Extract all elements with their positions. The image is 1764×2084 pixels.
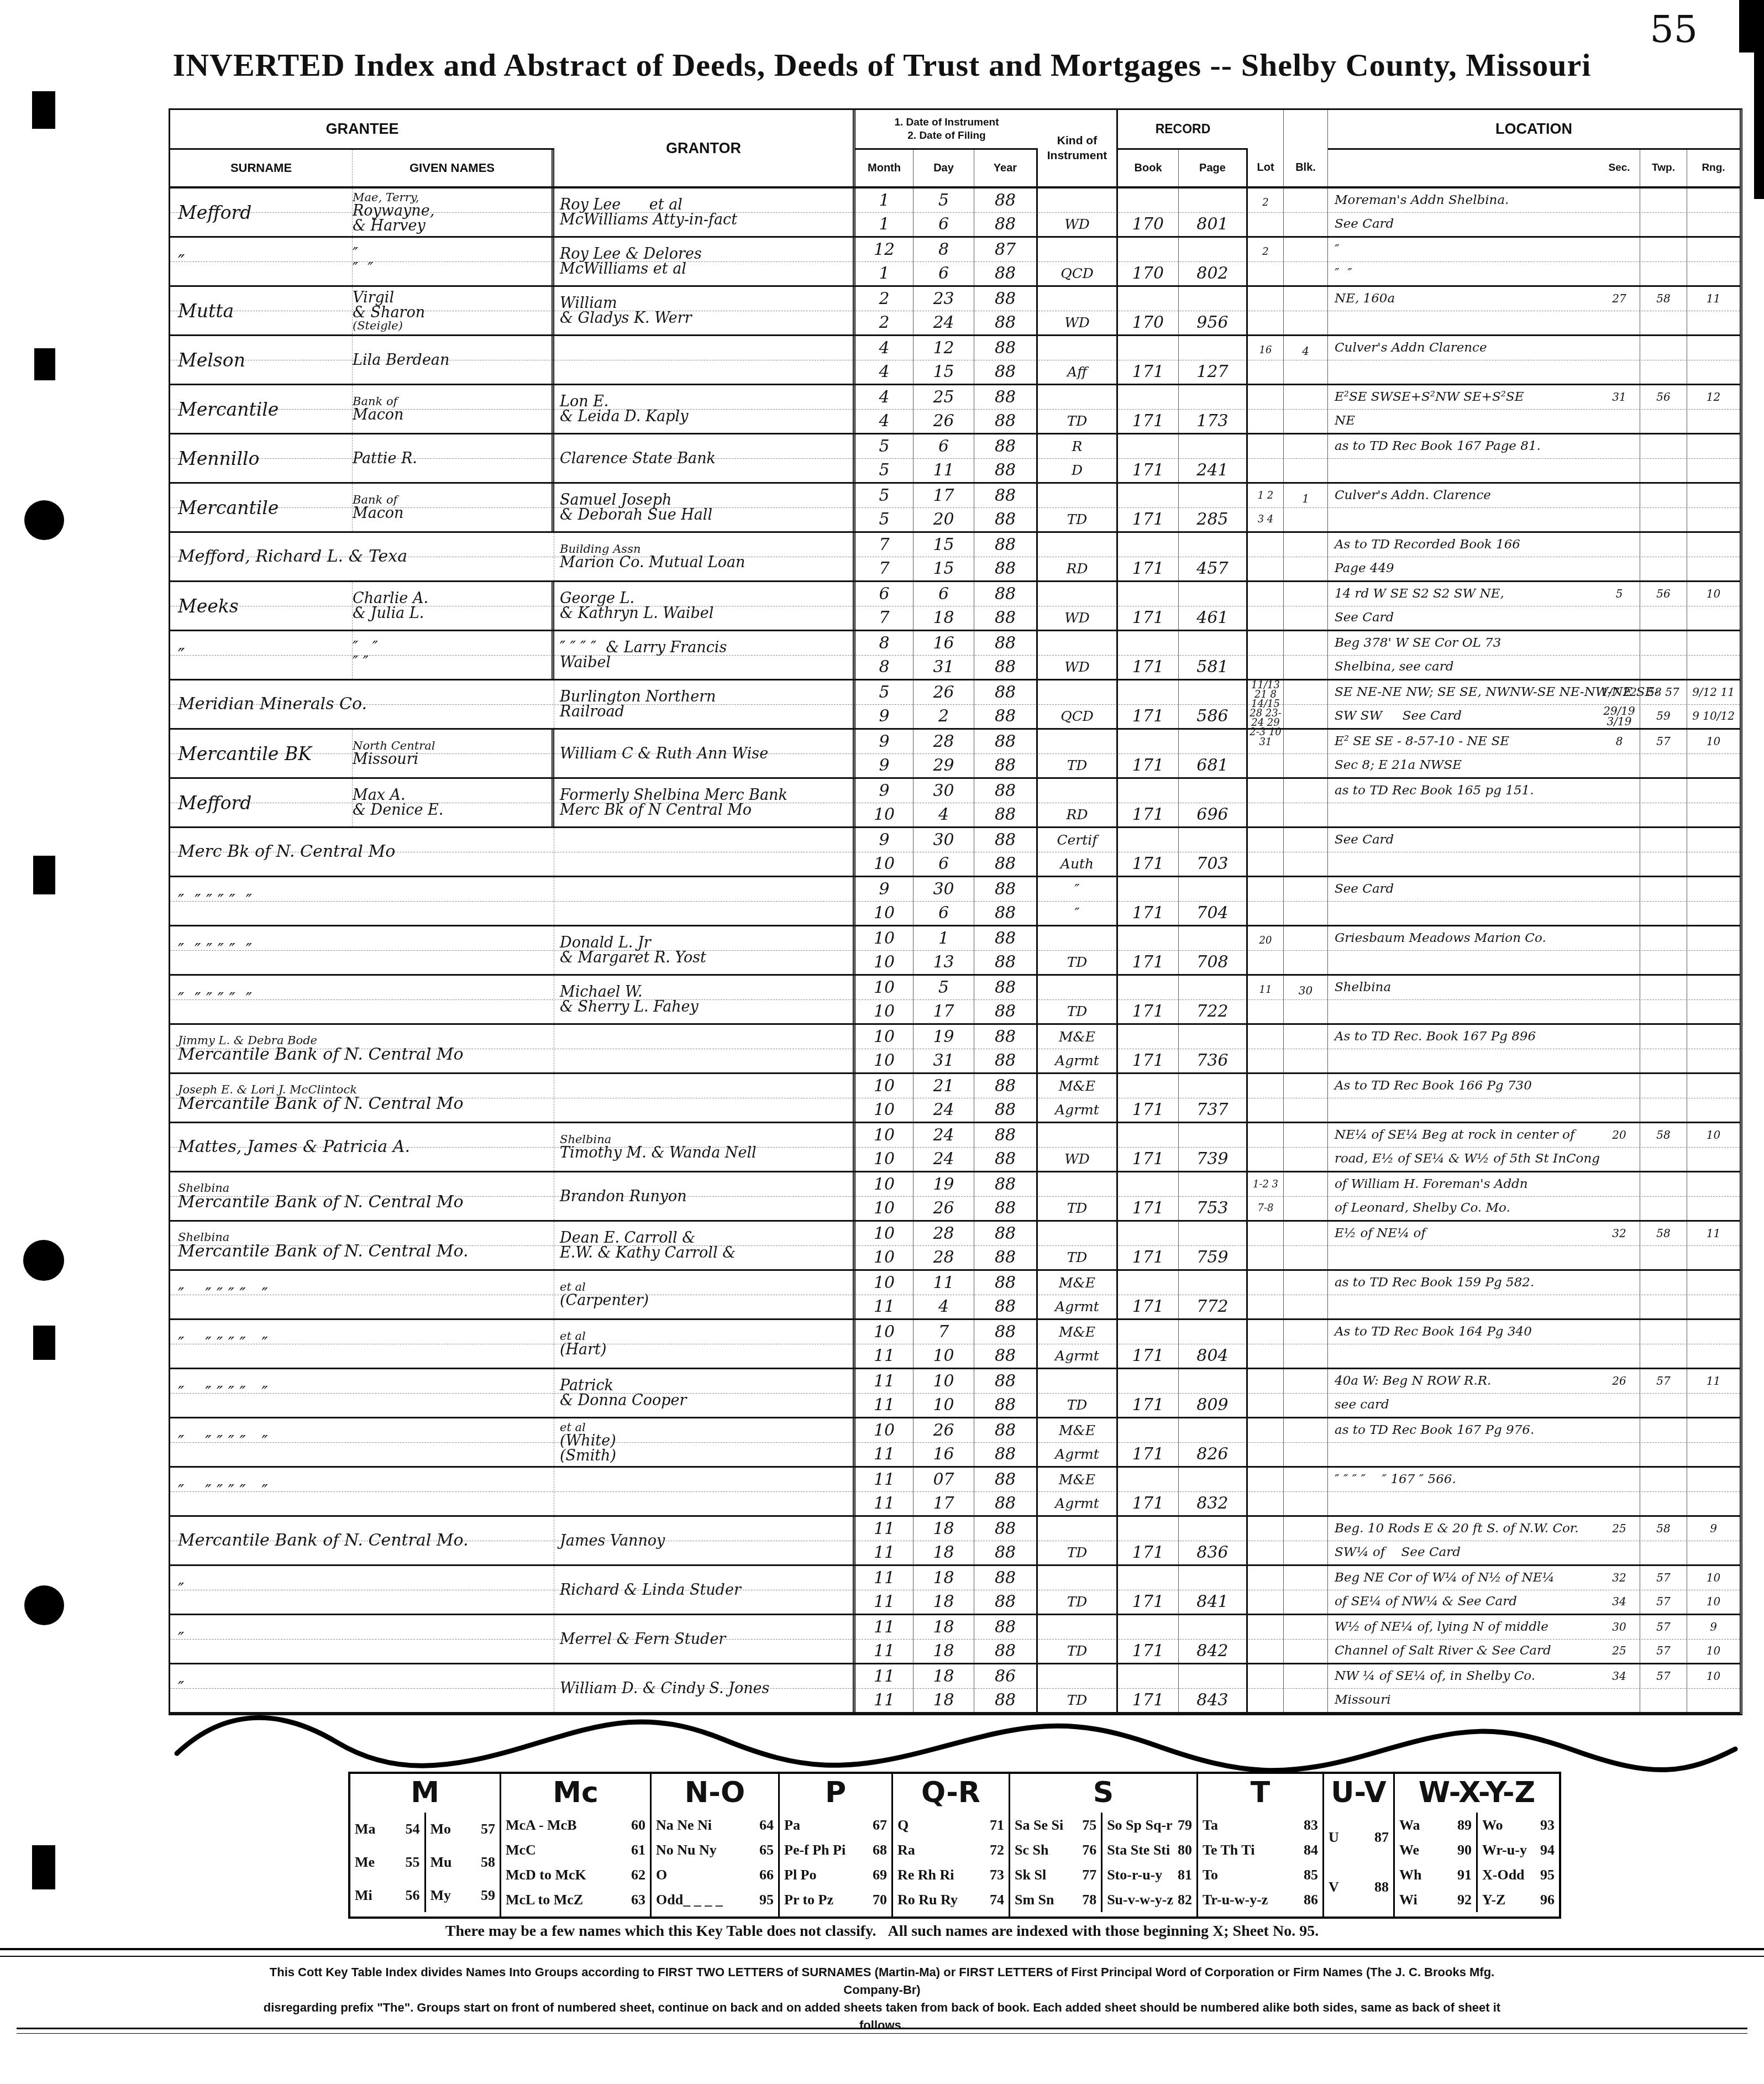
entry-sec2 [1599, 1098, 1640, 1122]
entry-surname-text: Mercantile Bank of N. Central Mo [178, 1194, 554, 1211]
entry-record-book: 171 [1118, 1074, 1179, 1122]
entry-lot-line1: 1-2 3 [1248, 1180, 1283, 1189]
key-group: MMa54Me55Mi56Mo57Mu58My59 [350, 1774, 500, 1917]
entry-instrument-year: 88 [974, 631, 1038, 655]
entry-twp2 [1640, 1688, 1687, 1712]
entry-twp1 [1640, 484, 1687, 507]
entry-kind-line2: Auth [1038, 852, 1116, 876]
entry-sec1 [1599, 877, 1640, 901]
entry-twp2 [1640, 803, 1687, 826]
entry-location-line1: 40a W: Beg N ROW R.R. [1328, 1369, 1599, 1393]
entry-instrument-month: 8 [855, 631, 914, 655]
entry-filing-month: 10 [855, 1245, 914, 1269]
entry-grantor: Michael W. & Sherry L. Fahey [554, 976, 855, 1023]
key-item: X-Odd95 [1482, 1867, 1555, 1883]
entry-filing-month: 10 [855, 901, 914, 925]
entry-filing-year: 88 [974, 1639, 1038, 1663]
entry-grantor: George L. & Kathryn L. Waibel [554, 582, 855, 630]
header-kind-of-instrument: Kind of Instrument [1038, 110, 1118, 186]
entry-kind: QCD [1038, 680, 1118, 728]
entry-kind-line1 [1038, 631, 1116, 655]
entry-blk [1284, 680, 1328, 728]
entry-blk [1284, 1222, 1328, 1269]
entry-location-line2: Channel of Salt River & See Card [1328, 1639, 1599, 1663]
entry-filing-day: 13 [914, 950, 974, 974]
entry-rng1 [1687, 484, 1740, 507]
entry-location-line1: E²SE SWSE+S²NW SE+S²SE [1328, 385, 1599, 409]
entry-filing-year: 88 [974, 753, 1038, 777]
entry-grantor [554, 828, 855, 876]
entry-lot [1248, 1025, 1284, 1072]
key-group-title: M [350, 1774, 500, 1813]
entry-twp1 [1640, 1074, 1687, 1098]
entry-location-line2 [1328, 1491, 1599, 1515]
entry-record-page: 842 [1179, 1615, 1248, 1663]
entry-grantor-line2: Railroad [560, 704, 853, 719]
entry-rng2 [1687, 557, 1740, 580]
entry-kind: RD [1038, 533, 1118, 580]
entry-sec2 [1599, 606, 1640, 630]
entry-filing-day: 24 [914, 1098, 974, 1122]
entry-kind: TD [1038, 1566, 1118, 1614]
key-group-title: N-O [652, 1774, 778, 1813]
key-item: Pr to Pz70 [784, 1892, 887, 1908]
entry-given-note: North Central [353, 740, 552, 752]
header-kind-line2: Instrument [1047, 148, 1107, 163]
entry-twp1: 57 [1640, 1566, 1687, 1590]
entry-surname-text: Meridian Minerals Co. [178, 696, 554, 713]
entry-lot-line1: 11/13 21 8 [1248, 680, 1283, 699]
entry-twp2 [1640, 261, 1687, 285]
entry-sec2 [1599, 1491, 1640, 1515]
entry-kind: TD [1038, 976, 1118, 1023]
entry-kind-line1 [1038, 1172, 1116, 1196]
entry-kind-line2: TD [1038, 999, 1116, 1023]
entry-rng2 [1687, 1295, 1740, 1318]
binder-hole [24, 500, 64, 540]
entry-twp2 [1640, 1541, 1687, 1564]
entry-instrument-year: 88 [974, 1418, 1038, 1442]
entry-twp2: 57 [1640, 1639, 1687, 1663]
entry-rng2 [1687, 458, 1740, 482]
entry-instrument-month: 10 [855, 976, 914, 999]
entry-surname: ″ ″ ″ ″ ″ ″ [170, 877, 554, 925]
entry-instrument-year: 88 [974, 1615, 1038, 1639]
entry-lot [1248, 1664, 1284, 1712]
entry-instrument-year: 88 [974, 1025, 1038, 1049]
entry-blk [1284, 582, 1328, 630]
entry-filing-month: 11 [855, 1393, 914, 1417]
entry-rng2 [1687, 212, 1740, 236]
entry-sec1 [1599, 188, 1640, 212]
entry-record-book: 171 [1118, 1320, 1179, 1368]
key-item: Ma54 [355, 1821, 420, 1837]
entry-instrument-day: 17 [914, 484, 974, 507]
entry-grantor: et al (White) (Smith) [554, 1418, 855, 1466]
entry-kind-line2: Agrmt [1038, 1344, 1116, 1368]
entry-grantor-line1: (Hart) [560, 1342, 853, 1357]
entry-kind-line2: WD [1038, 1147, 1116, 1171]
entry-kind-line2: ″ [1038, 901, 1116, 925]
entry-twp2 [1640, 950, 1687, 974]
entry-grantor: Brandon Runyon [554, 1172, 855, 1220]
entry-surname: Mutta [170, 287, 353, 334]
entry-kind: TD [1038, 1517, 1118, 1564]
entry-twp1 [1640, 877, 1687, 901]
entry-kind: M&E Agrmt [1038, 1271, 1118, 1318]
header-dates: 1. Date of Instrument 2. Date of Filing [855, 110, 1038, 150]
entry-surname-text: Mennillo [178, 449, 352, 468]
key-item: So Sp Sq-r79 [1107, 1817, 1192, 1834]
entry-record-book: 171 [1118, 877, 1179, 925]
entry-kind: TD [1038, 1615, 1118, 1663]
entry-sec2 [1599, 507, 1640, 531]
entry-filing-month: 10 [855, 1049, 914, 1072]
entry-kind-line1: M&E [1038, 1320, 1116, 1344]
key-item: No Nu Ny65 [656, 1842, 774, 1858]
entry-instrument-year: 88 [974, 188, 1038, 212]
entry-kind: Certif Auth [1038, 828, 1118, 876]
entry-sec1: 32 [1599, 1222, 1640, 1245]
entry-given-line1: Roywayne, [353, 203, 552, 218]
binder-mark [32, 1845, 55, 1889]
entry-filing-month: 8 [855, 655, 914, 679]
key-item: McC61 [506, 1842, 645, 1858]
entry-surname: ″ [170, 1664, 554, 1712]
entry-filing-month: 5 [855, 458, 914, 482]
entry-rng1 [1687, 1271, 1740, 1295]
header-location: LOCATION [1328, 110, 1740, 150]
entry-rng1 [1687, 779, 1740, 803]
entry-lot-line2: 7-8 [1248, 1203, 1283, 1213]
entry-filing-year: 88 [974, 1541, 1038, 1564]
entry-sec1 [1599, 533, 1640, 557]
entry-lot-line1: 1 2 [1248, 491, 1283, 500]
entry-instrument-month: 9 [855, 730, 914, 753]
entry-blk [1284, 1566, 1328, 1614]
entry-surname-text: ″ [178, 1631, 554, 1647]
entry-instrument-day: 6 [914, 582, 974, 606]
entry-location-line2: road, E½ of SE¼ & W½ of 5th St InCong [1328, 1147, 1599, 1171]
entry-location-line1: as to TD Rec Book 167 Page 81. [1328, 434, 1599, 458]
entry-twp1: 58 [1640, 1123, 1687, 1147]
entry-given-line1: Missouri [353, 752, 552, 767]
key-item: Ra72 [897, 1842, 1004, 1858]
entry-sec2 [1599, 360, 1640, 384]
entry-twp2: 57 [1640, 1590, 1687, 1614]
entry-sec2 [1599, 999, 1640, 1023]
entry-lot [1248, 779, 1284, 826]
entry-kind-line1 [1038, 926, 1116, 950]
entry-surname-text: Mercantile [178, 400, 352, 418]
ledger-entry: Mercantile BK North Central Missouri Wil… [170, 730, 1740, 779]
header-blk: Blk. [1284, 110, 1328, 186]
entry-rng1 [1687, 976, 1740, 999]
entry-instrument-day: 8 [914, 238, 974, 261]
entry-location-line1: as to TD Rec Book 167 Pg 976. [1328, 1418, 1599, 1442]
ledger-entry: Mefford, Richard L. & Texa Building Assn… [170, 533, 1740, 582]
entry-sec1 [1599, 631, 1640, 655]
entry-filing-month: 4 [855, 360, 914, 384]
entry-rng2 [1687, 360, 1740, 384]
entry-kind-line1 [1038, 779, 1116, 803]
scanned-ledger-page: 55 INVERTED Index and Abstract of Deeds,… [0, 0, 1764, 2084]
entry-grantor: William C & Ruth Ann Wise [554, 730, 855, 777]
entry-twp2 [1640, 1393, 1687, 1417]
entry-location-line2: Sec 8; E 21a NWSE [1328, 753, 1599, 777]
entry-grantor-line2: McWilliams et al [560, 261, 853, 276]
key-item: Wr-u-y94 [1482, 1842, 1555, 1858]
entry-filing-month: 7 [855, 606, 914, 630]
entry-sec2 [1599, 409, 1640, 433]
entry-grantor-note: et al [560, 1281, 853, 1293]
ledger-entry: Meeks Charlie A. & Julia L. George L. & … [170, 582, 1740, 631]
ledger-entry: ″ Merrel & Fern Studer 11 18 88 11 18 88… [170, 1615, 1740, 1664]
entry-instrument-year: 88 [974, 1320, 1038, 1344]
entry-given-line1: ″ [353, 247, 552, 261]
entry-filing-day: 4 [914, 1295, 974, 1318]
entry-surname: ″ ″ ″ ″ ″ ″ [170, 1369, 554, 1417]
entry-location-line1: As to TD Rec Book 166 Pg 730 [1328, 1074, 1599, 1098]
entry-sec1: 25 [1599, 1517, 1640, 1541]
entry-instrument-month: 11 [855, 1517, 914, 1541]
entry-location-line1: As to TD Rec. Book 167 Pg 896 [1328, 1025, 1599, 1049]
entry-grantor-line1: Dean E. Carroll & [560, 1230, 853, 1245]
entry-lot-line2: 3 4 [1248, 515, 1283, 524]
entry-instrument-day: 30 [914, 828, 974, 852]
entry-blk [1284, 877, 1328, 925]
ledger-entry: ″ Richard & Linda Studer 11 18 88 11 18 … [170, 1566, 1740, 1615]
ledger-entry: ″ ″ ″ ″ ″ ″ Michael W. & Sherry L. Fahey… [170, 976, 1740, 1025]
entry-filing-year: 88 [974, 507, 1038, 531]
entry-kind-line2: TD [1038, 1639, 1116, 1663]
entry-rng1: 10 [1687, 730, 1740, 753]
entry-surname-text: Merc Bk of N. Central Mo [178, 844, 554, 860]
entry-rng1: 9 [1687, 1517, 1740, 1541]
entry-lot: 2 [1248, 238, 1284, 285]
entry-filing-day: 16 [914, 1442, 974, 1466]
key-item: Y-Z96 [1482, 1892, 1555, 1908]
entry-instrument-year: 87 [974, 238, 1038, 261]
entry-rng2 [1687, 803, 1740, 826]
entry-kind: Aff [1038, 336, 1118, 384]
entry-filing-year: 88 [974, 655, 1038, 679]
entry-surname-text: ″ [178, 253, 352, 271]
entry-rng1 [1687, 336, 1740, 360]
entry-given-line3: (Steigle) [353, 320, 552, 332]
entry-given-names: Charlie A. & Julia L. [353, 582, 554, 630]
entry-blk [1284, 926, 1328, 974]
entry-sec2 [1599, 1196, 1640, 1220]
entry-kind-line2: D [1038, 458, 1116, 482]
entry-rng1 [1687, 434, 1740, 458]
entry-kind-line2: TD [1038, 1688, 1116, 1712]
entry-twp2 [1640, 360, 1687, 384]
entry-sec1 [1599, 484, 1640, 507]
entry-twp1 [1640, 1320, 1687, 1344]
entry-grantor-line1: Merrel & Fern Studer [560, 1632, 853, 1647]
entry-grantor-line1: ″ ″ ″ ″ & Larry Francis [560, 640, 853, 655]
entry-filing-day: 15 [914, 360, 974, 384]
entry-twp1 [1640, 533, 1687, 557]
entry-instrument-year: 88 [974, 1517, 1038, 1541]
entry-surname: ″ ″ ″ ″ ″ ″ [170, 1418, 554, 1466]
entry-instrument-year: 88 [974, 1271, 1038, 1295]
entry-grantor: Samuel Joseph & Deborah Sue Hall [554, 484, 855, 531]
entry-given-line2: & Sharon [353, 305, 552, 320]
entry-record-book: 170 [1118, 188, 1179, 236]
entry-instrument-month: 11 [855, 1468, 914, 1491]
entry-rng1 [1687, 828, 1740, 852]
entry-filing-day: 24 [914, 311, 974, 334]
key-group: PPa67Pe-f Ph Pi68Pl Po69Pr to Pz70 [778, 1774, 891, 1917]
entry-record-book: 171 [1118, 828, 1179, 876]
entry-location-line1: NE¼ of SE¼ Beg at rock in center of [1328, 1123, 1599, 1147]
entry-twp1: 57 [1640, 1369, 1687, 1393]
entry-grantor-line1: Roy Lee & Delores [560, 247, 853, 261]
entry-filing-year: 88 [974, 261, 1038, 285]
entry-kind-line1: M&E [1038, 1074, 1116, 1098]
entry-instrument-year: 88 [974, 287, 1038, 311]
key-group: TTa83Te Th Ti84To85Tr-u-w-y-z86 [1196, 1774, 1322, 1917]
entry-record-book: 171 [1118, 631, 1179, 679]
entry-given-note: Bank of [353, 494, 552, 506]
entry-twp1 [1640, 1468, 1687, 1491]
entry-filing-day: 18 [914, 1590, 974, 1614]
entry-grantor [554, 336, 855, 384]
entry-rng1: 9 [1687, 1615, 1740, 1639]
entry-grantor: Donald L. Jr & Margaret R. Yost [554, 926, 855, 974]
entry-sec2 [1599, 1688, 1640, 1712]
entry-record-book: 171 [1118, 484, 1179, 531]
entry-blk [1284, 1271, 1328, 1318]
entry-record-page: 804 [1179, 1320, 1248, 1368]
header-record: RECORD [1118, 110, 1248, 150]
entry-record-page: 836 [1179, 1517, 1248, 1564]
entry-location-line1: Beg 378' W SE Cor OL 73 [1328, 631, 1599, 655]
entry-lot [1248, 1615, 1284, 1663]
entry-location-line2 [1328, 1098, 1599, 1122]
entry-instrument-day: 24 [914, 1123, 974, 1147]
entry-sec2 [1599, 1442, 1640, 1466]
ledger-entry: Shelbina Mercantile Bank of N. Central M… [170, 1222, 1740, 1271]
entry-instrument-year: 88 [974, 828, 1038, 852]
entry-filing-month: 10 [855, 852, 914, 876]
entry-kind-line2: Agrmt [1038, 1049, 1116, 1072]
entry-rng2 [1687, 999, 1740, 1023]
entry-record-page: 722 [1179, 976, 1248, 1023]
entry-surname-text: ″ [178, 1680, 554, 1696]
entry-twp1: 58 [1640, 1517, 1687, 1541]
header-kind-line1: Kind of [1057, 133, 1097, 148]
entry-rng2 [1687, 1147, 1740, 1171]
entry-instrument-day: 07 [914, 1468, 974, 1491]
entry-location-line2: ″ ″ [1328, 261, 1599, 285]
entry-kind-line1: ″ [1038, 877, 1116, 901]
entry-surname-text: Mefford [178, 203, 352, 222]
entry-location-line1: of William H. Foreman's Addn [1328, 1172, 1599, 1196]
entry-blk [1284, 188, 1328, 236]
entry-kind-line2: TD [1038, 1541, 1116, 1564]
entry-kind-line1 [1038, 1566, 1116, 1590]
header-day: Day [914, 150, 974, 186]
entry-rng1: 10 [1687, 582, 1740, 606]
entry-record-book: 171 [1118, 1172, 1179, 1220]
divider-rule [0, 1948, 1764, 1957]
entry-kind-line1 [1038, 1517, 1116, 1541]
key-group: N-ONa Ne Ni64No Nu Ny65O66Odd_ _ _ _95 [650, 1774, 778, 1917]
entry-twp2 [1640, 606, 1687, 630]
entry-kind-line2: Agrmt [1038, 1442, 1116, 1466]
entry-grantor: et al (Carpenter) [554, 1271, 855, 1318]
page-title: INVERTED Index and Abstract of Deeds, De… [0, 46, 1764, 83]
entry-given-names: ″ ″ ″ ″ [353, 631, 554, 679]
key-group-title: T [1198, 1774, 1322, 1813]
entry-given-names: Mae, Terry, Roywayne, & Harvey [353, 188, 554, 236]
entry-lot [1248, 287, 1284, 334]
entry-instrument-year: 88 [974, 533, 1038, 557]
entry-location-line1: ″ [1328, 238, 1599, 261]
entry-filing-day: 24 [914, 1147, 974, 1171]
entry-surname-text: ″ ″ ″ ″ ″ ″ [178, 1385, 554, 1401]
entry-grantor [554, 1025, 855, 1072]
key-item: Wa89 [1399, 1817, 1472, 1834]
entry-filing-year: 88 [974, 901, 1038, 925]
ledger-entry: ″ ″ ″ ″ ″ ″ et al (White) (Smith) 10 26 … [170, 1418, 1740, 1468]
entry-record-page: 173 [1179, 385, 1248, 433]
entry-kind: M&E Agrmt [1038, 1418, 1118, 1466]
entry-kind-line2: TD [1038, 950, 1116, 974]
ledger-entry: ″ William D. & Cindy S. Jones 11 18 86 1… [170, 1664, 1740, 1714]
entry-filing-month: 11 [855, 1639, 914, 1663]
entry-sec2 [1599, 950, 1640, 974]
binder-mark [33, 1326, 55, 1360]
entry-given-line1: ″ ″ [353, 640, 552, 655]
entry-rng2 [1687, 409, 1740, 433]
entry-twp1: 58 [1640, 1222, 1687, 1245]
entry-grantor: Roy Lee et al McWilliams Atty-in-fact [554, 188, 855, 236]
entry-kind-line1 [1038, 1664, 1116, 1688]
header-grantor: GRANTOR [554, 110, 855, 186]
entry-twp1 [1640, 976, 1687, 999]
entry-record-page: 708 [1179, 926, 1248, 974]
entry-given-line2: ″ ″ [353, 655, 552, 670]
entry-lot: 2 [1248, 188, 1284, 236]
entry-surname: Mefford [170, 779, 353, 826]
entry-rng1: 11 [1687, 1222, 1740, 1245]
entry-instrument-year: 88 [974, 779, 1038, 803]
binder-mark [33, 856, 55, 894]
entry-rng1 [1687, 877, 1740, 901]
key-group: Q-RQ71Ra72Re Rh Ri73Ro Ru Ry74 [891, 1774, 1009, 1917]
entry-instrument-month: 10 [855, 1271, 914, 1295]
entry-blk [1284, 1025, 1328, 1072]
entry-lot [1248, 385, 1284, 433]
entry-kind: R D [1038, 434, 1118, 482]
entry-instrument-year: 88 [974, 877, 1038, 901]
entry-kind: M&E Agrmt [1038, 1025, 1118, 1072]
entry-location-line1: Moreman's Addn Shelbina. [1328, 188, 1599, 212]
entry-filing-year: 88 [974, 1688, 1038, 1712]
key-group-title: W-X-Y-Z [1395, 1774, 1559, 1813]
ledger-entry: Mutta Virgil & Sharon (Steigle) William … [170, 287, 1740, 336]
header-date-instrument: 1. Date of Instrument [895, 116, 999, 129]
entry-twp1: 57 [1640, 730, 1687, 753]
entry-location-line1: Griesbaum Meadows Marion Co. [1328, 926, 1599, 950]
entry-surname: ″ ″ ″ ″ ″ ″ [170, 1320, 554, 1368]
entry-blk [1284, 1172, 1328, 1220]
entry-blk [1284, 238, 1328, 285]
